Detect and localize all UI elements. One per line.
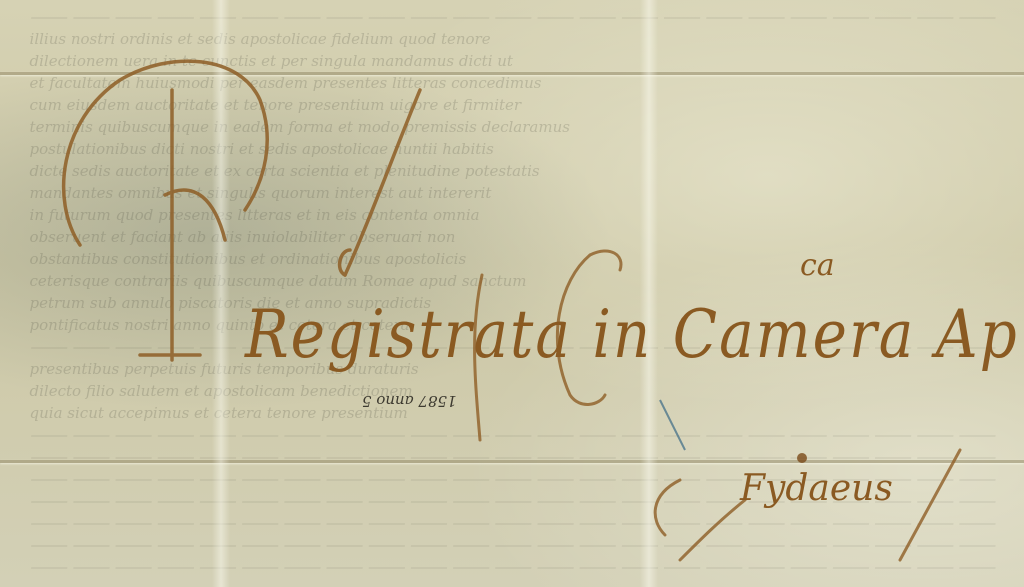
main-inscription: Registrata in Camera Ap (245, 295, 1019, 373)
archival-annotation: 1587 anno 5 (362, 392, 457, 410)
superscript-abbreviation: ca (800, 248, 835, 283)
pencil-mark-icon (660, 400, 685, 450)
parchment-document: ⸻ ⸻ ⸻ ⸻ ⸻ ⸻ ⸻ ⸻ ⸻ ⸻ ⸻ ⸻ ⸻ ⸻ ⸻ ⸻ ⸻ ⸻ ⸻ ⸻ … (0, 0, 1024, 587)
ink-blot-icon (797, 453, 807, 463)
signature: Fydaeus (740, 468, 893, 509)
